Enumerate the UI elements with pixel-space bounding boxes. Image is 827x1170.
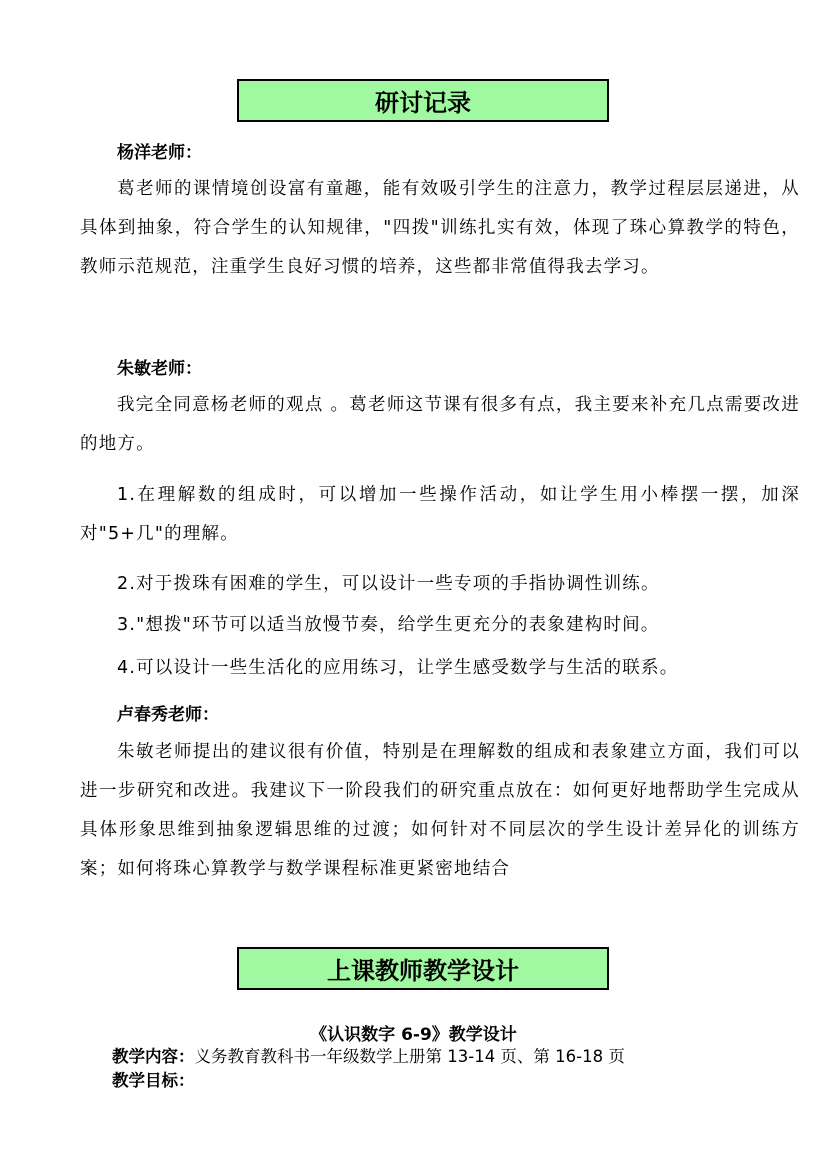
paragraph-lu: 朱敏老师提出的建议很有价值，特别是在理解数的组成和表象建立方面，我们可以进一步研… [80,733,800,889]
zhu-item-4: 4.可以设计一些生活化的应用练习，让学生感受数学与生活的联系。 [117,654,678,679]
lesson-design-heading-banner: 上课教师教学设计 [237,947,609,990]
teaching-content-value: 义务教育教科书一年级数学上册第 13-14 页、第 16-18 页 [195,1047,625,1066]
teaching-content-label: 教学内容： [112,1047,195,1066]
zhu-item-3: 3."想拨"环节可以适当放慢节奏，给学生更充分的表象建构时间。 [117,611,660,636]
lesson-design-heading: 上课教师教学设计 [327,951,519,986]
speaker-yang: 杨洋老师： [117,138,202,163]
speaker-zhu: 朱敏老师： [117,354,202,379]
paragraph-zhu-intro: 我完全同意杨老师的观点 。葛老师这节课有很多有点，我主要来补充几点需要改进的地方… [80,386,800,464]
teaching-objectives-label: 教学目标： [112,1071,195,1090]
discussion-heading-banner: 研讨记录 [237,79,609,122]
paragraph-yang: 葛老师的课情境创设富有童趣，能有效吸引学生的注意力，教学过程层层递进，从具体到抽… [80,170,800,287]
teaching-objectives-field: 教学目标： [112,1067,195,1091]
discussion-heading: 研讨记录 [375,83,471,118]
zhu-item-2: 2.对于拨珠有困难的学生，可以设计一些专项的手指协调性训练。 [117,570,660,595]
lesson-title: 《认识数字 6-9》教学设计 [0,1020,827,1045]
teaching-content-field: 教学内容：义务教育教科书一年级数学上册第 13-14 页、第 16-18 页 [112,1043,625,1067]
paragraph-zhu-item-1: 1.在理解数的组成时，可以增加一些操作活动，如让学生用小棒摆一摆，加深对"5+几… [80,476,800,554]
speaker-lu: 卢春秀老师： [117,700,219,725]
